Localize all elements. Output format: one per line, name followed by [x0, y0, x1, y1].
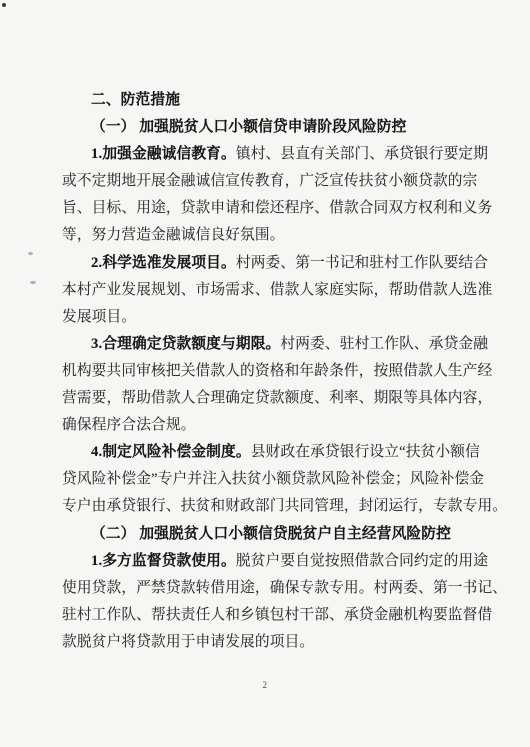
text-line: 2.科学选准发展项目。村两委、第一书记和驻村工作队要结合: [62, 250, 476, 277]
heading-text: （二） 加强脱贫人口小额信贷脱贫户自主经营风险防控: [91, 526, 451, 542]
text-line: 款脱贫户将贷款用于申请发展的项目。: [62, 629, 476, 656]
text-line: 等，努力营造金融诚信良好氛围。: [62, 222, 476, 249]
text-line: 贷风险补偿金”专户并注入扶贫小额贷款风险补偿金；风险补偿金: [62, 466, 476, 493]
scan-speck: [2, 3, 6, 7]
text-line: 旨、目标、用途，贷款申请和偿还程序、借款合同双方权利和义务: [62, 195, 476, 222]
scan-speck: [30, 281, 36, 284]
text-line: 发展项目。: [62, 304, 476, 331]
text-line: 使用贷款，严禁贷款转借用途，确保专款专用。村两委、第一书记、: [62, 575, 476, 602]
text-line: 营需要，帮助借款人合理确定贷款额度、利率、期限等具体内容，: [62, 385, 476, 412]
heading-text: 二、防范措施: [91, 92, 180, 108]
text-line: 机构要共同审核把关借款人的资格和年龄条件，按照借款人生产经: [62, 358, 476, 385]
text-line: 1.加强金融诚信教育。镇村、县直有关部门、承贷银行要定期: [62, 141, 476, 168]
text-line: 1.多方监督贷款使用。脱贫户要自觉按照借款合同约定的用途: [62, 548, 476, 575]
text-line: 驻村工作队、帮扶责任人和乡镇包村干部、承贷金融机构要监督借: [62, 602, 476, 629]
section-heading: 二、防范措施: [62, 87, 476, 114]
subsection-heading: （一） 加强脱贫人口小额信贷申请阶段风险防控: [62, 114, 476, 141]
text-line: 或不定期地开展金融诚信宣传教育，广泛宣传扶贫小额贷款的宗: [62, 168, 476, 195]
page-number: 2: [0, 680, 530, 690]
text-line: 专户由承贷银行、扶贫和财政部门共同管理，封闭运行，专款专用。: [62, 493, 476, 520]
document-page: 二、防范措施 （一） 加强脱贫人口小额信贷申请阶段风险防控 1.加强金融诚信教育…: [0, 0, 530, 747]
text-line: 4.制定风险补偿金制度。县财政在承贷银行设立“扶贫小额信: [62, 439, 476, 466]
document-body: 二、防范措施 （一） 加强脱贫人口小额信贷申请阶段风险防控 1.加强金融诚信教育…: [62, 87, 476, 656]
heading-text: （一） 加强脱贫人口小额信贷申请阶段风险防控: [91, 119, 406, 135]
scan-speck: [28, 252, 33, 255]
text-line: 本村产业发展规划、市场需求、借款人家庭实际，帮助借款人选准: [62, 277, 476, 304]
text-line: 3.合理确定贷款额度与期限。村两委、驻村工作队、承贷金融: [62, 331, 476, 358]
text-line: 确保程序合法合规。: [62, 412, 476, 439]
subsection-heading: （二） 加强脱贫人口小额信贷脱贫户自主经营风险防控: [62, 521, 476, 548]
